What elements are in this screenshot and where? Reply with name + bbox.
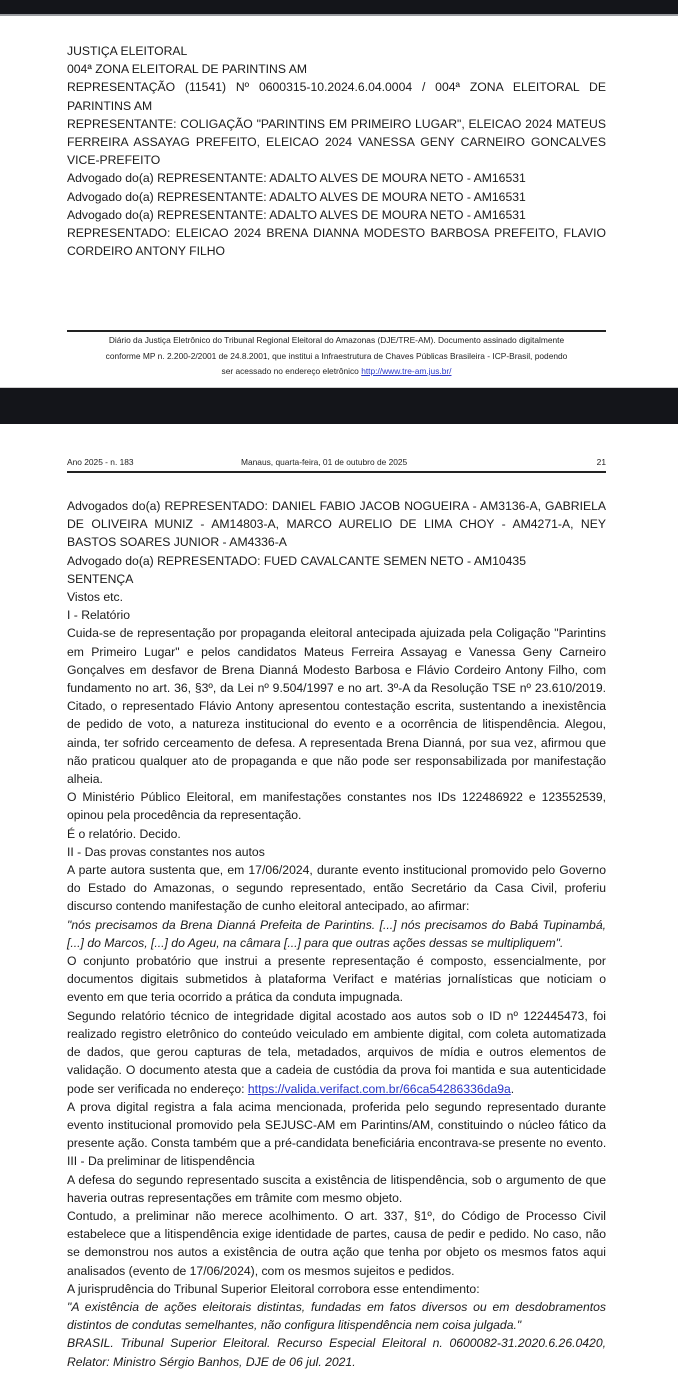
text-line: O conjunto probatório que instrui a pres… xyxy=(67,952,606,970)
page-1-body: JUSTIÇA ELEITORAL004ª ZONA ELEITORAL DE … xyxy=(67,42,606,260)
text-line: alheia. xyxy=(67,770,606,788)
text-line: Advogados do(a) REPRESENTADO: DANIEL FAB… xyxy=(67,497,606,515)
text-line: Relator: Ministro Sérgio Banhos, DJE de … xyxy=(67,1353,606,1371)
text-line-content: Cuida-se de representação por propaganda… xyxy=(67,626,606,640)
text-line-content: Advogado do(a) REPRESENTANTE: ADALTO ALV… xyxy=(67,190,526,204)
text-line: [...] do Marcos, [...] do Ageu, na câmar… xyxy=(67,934,606,952)
text-line: presente ação. Consta também que a pré-c… xyxy=(67,1134,606,1152)
text-line-content: [...] do Marcos, [...] do Ageu, na câmar… xyxy=(67,936,563,950)
footer-line-3: ser acessado no endereço eletrônico http… xyxy=(60,364,613,380)
text-line-content: Relator: Ministro Sérgio Banhos, DJE de … xyxy=(67,1355,356,1369)
text-line: O Ministério Público Eleitoral, em manif… xyxy=(67,788,606,806)
text-line-content: Advogado do(a) REPRESENTANTE: ADALTO ALV… xyxy=(67,171,526,185)
text-line-content: Contudo, a preliminar não merece acolhim… xyxy=(67,1209,606,1223)
text-line-content: JUSTIÇA ELEITORAL xyxy=(67,44,187,58)
text-line-content: DE OLIVEIRA MUNIZ - AM14803-A, MARCO AUR… xyxy=(67,517,606,531)
text-line-content: FERREIRA ASSAYAG PREFEITO, ELEICAO 2024 … xyxy=(67,135,606,149)
text-line-content: "nós precisamos da Brena Dianná Prefeita… xyxy=(67,918,606,932)
text-line-content: do Estado do Amazonas, o segundo represe… xyxy=(67,881,606,895)
text-line: BASTOS SOARES JUNIOR - AM4336-A xyxy=(67,533,606,551)
text-line: BRASIL. Tribunal Superior Eleitoral. Rec… xyxy=(67,1334,606,1352)
text-line-content: I - Relatório xyxy=(67,608,130,622)
text-line: A defesa do segundo representado suscita… xyxy=(67,1171,606,1189)
footer-line-1: Diário da Justiça Eletrônico do Tribunal… xyxy=(60,333,613,349)
text-line: estabelece que a litispendência exige id… xyxy=(67,1225,606,1243)
text-line: A jurisprudência do Tribunal Superior El… xyxy=(67,1280,606,1298)
text-line: FERREIRA ASSAYAG PREFEITO, ELEICAO 2024 … xyxy=(67,133,606,151)
text-line-content: Advogados do(a) REPRESENTADO: DANIEL FAB… xyxy=(67,499,606,513)
text-line-content: Advogado do(a) REPRESENTANTE: ADALTO ALV… xyxy=(67,208,526,222)
top-dark-bar xyxy=(0,0,678,16)
text-line-content: evento institucional promovido pela SEJU… xyxy=(67,1118,606,1132)
text-line-content: de pedido de voto, a natureza institucio… xyxy=(67,717,606,731)
text-line-content: REPRESENTAÇÃO (11541) Nº 0600315-10.2024… xyxy=(67,80,606,94)
text-line-content: Advogado do(a) REPRESENTADO: FUED CAVALC… xyxy=(67,554,526,568)
text-line: REPRESENTADO: ELEICAO 2024 BRENA DIANNA … xyxy=(67,224,606,242)
text-line: opinou pela procedência da representação… xyxy=(67,806,606,824)
text-line: PARINTINS AM xyxy=(67,97,606,115)
text-line: Citado, o representado Flávio Antony apr… xyxy=(67,697,606,715)
text-line-content: ainda, ter sofrido cerceamento de defesa… xyxy=(67,736,606,750)
text-line: do Estado do Amazonas, o segundo represe… xyxy=(67,879,606,897)
text-line-content: validação. O documento atesta que a cade… xyxy=(67,1063,606,1077)
text-line-content: não praticou qualquer ato de propaganda … xyxy=(67,754,606,768)
text-line: "nós precisamos da Brena Dianná Prefeita… xyxy=(67,916,606,934)
page-number: 21 xyxy=(597,457,606,467)
text-line-content: VICE-PREFEITO xyxy=(67,153,160,167)
text-line: Advogado do(a) REPRESENTANTE: ADALTO ALV… xyxy=(67,169,606,187)
text-line: discurso contendo manifestação de cunho … xyxy=(67,897,606,915)
text-line: Cuida-se de representação por propaganda… xyxy=(67,624,606,642)
text-line-content: CORDEIRO ANTONY FILHO xyxy=(67,244,225,258)
text-line: Advogado do(a) REPRESENTANTE: ADALTO ALV… xyxy=(67,206,606,224)
text-line: validação. O documento atesta que a cade… xyxy=(67,1061,606,1079)
text-line-content: PARINTINS AM xyxy=(67,99,152,113)
text-line: realizado registro eletrônico do conteúd… xyxy=(67,1025,606,1043)
footer-line-3-text: ser acessado no endereço eletrônico xyxy=(222,366,362,376)
text-line: III - Da preliminar de litispendência xyxy=(67,1152,606,1170)
page-footer: Diário da Justiça Eletrônico do Tribunal… xyxy=(60,333,613,380)
text-line: CORDEIRO ANTONY FILHO xyxy=(67,242,606,260)
text-line: de pedido de voto, a natureza institucio… xyxy=(67,715,606,733)
text-line-content: REPRESENTADO: ELEICAO 2024 BRENA DIANNA … xyxy=(67,226,606,240)
text-line: Segundo relatório técnico de integridade… xyxy=(67,1007,606,1025)
text-line-content: haveria outras representações em trâmite… xyxy=(67,1191,402,1205)
text-line-content: distintos de condutas semelhantes, não c… xyxy=(67,1318,521,1332)
text-line: II - Das provas constantes nos autos xyxy=(67,843,606,861)
edition-label: Ano 2025 - n. 183 xyxy=(67,457,134,467)
text-line: Advogado do(a) REPRESENTANTE: ADALTO ALV… xyxy=(67,188,606,206)
text-line-content: SENTENÇA xyxy=(67,572,133,586)
text-line-content: documentos digitais submetidos à platafo… xyxy=(67,972,606,986)
text-line-content: BRASIL. Tribunal Superior Eleitoral. Rec… xyxy=(67,1336,606,1350)
text-line: evento em que teria ocorrido a prática d… xyxy=(67,988,606,1006)
text-line: documentos digitais submetidos à platafo… xyxy=(67,970,606,988)
text-line-content: REPRESENTANTE: COLIGAÇÃO "PARINTINS EM P… xyxy=(67,117,606,131)
text-line-content: analisados (evento de 17/06/2024), com o… xyxy=(67,1264,455,1278)
footer-rule xyxy=(67,330,606,332)
text-line: não praticou qualquer ato de propaganda … xyxy=(67,752,606,770)
text-line-content: O conjunto probatório que instrui a pres… xyxy=(67,954,606,968)
footer-line-2: conforme MP n. 2.200-2/2001 de 24.8.2001… xyxy=(60,349,613,365)
text-line-content: evento em que teria ocorrido a prática d… xyxy=(67,990,403,1004)
text-line: de dados, que gerou capturas de tela, me… xyxy=(67,1043,606,1061)
page-separator-band xyxy=(0,387,678,424)
text-line-content: de dados, que gerou capturas de tela, me… xyxy=(67,1045,606,1059)
text-line-content: discurso contendo manifestação de cunho … xyxy=(67,899,469,913)
text-line-content: A defesa do segundo representado suscita… xyxy=(67,1173,606,1187)
text-line: ainda, ter sofrido cerceamento de defesa… xyxy=(67,734,606,752)
place-date: Manaus, quarta-feira, 01 de outubro de 2… xyxy=(241,457,407,467)
text-line: analisados (evento de 17/06/2024), com o… xyxy=(67,1262,606,1280)
text-line: É o relatório. Decido. xyxy=(67,825,606,843)
text-line-content: em Primeiro Lugar" e pelos candidatos Ma… xyxy=(67,645,606,659)
text-line-content: II - Das provas constantes nos autos xyxy=(67,845,265,859)
text-line: A parte autora sustenta que, em 17/06/20… xyxy=(67,861,606,879)
text-line-content: estabelece que a litispendência exige id… xyxy=(67,1227,606,1241)
tre-am-link[interactable]: http://www.tre-am.jus.br/ xyxy=(361,366,451,376)
text-line-content: presente ação. Consta também que a pré-c… xyxy=(67,1136,606,1150)
text-line: Vistos etc. xyxy=(67,588,606,606)
text-line-content: O Ministério Público Eleitoral, em manif… xyxy=(67,790,606,804)
verifact-link[interactable]: https://valida.verifact.com.br/66ca54286… xyxy=(248,1082,511,1096)
text-line: distintos de condutas semelhantes, não c… xyxy=(67,1316,606,1334)
text-line: Contudo, a preliminar não merece acolhim… xyxy=(67,1207,606,1225)
text-line: "A existência de ações eleitorais distin… xyxy=(67,1298,606,1316)
text-line-content: III - Da preliminar de litispendência xyxy=(67,1154,255,1168)
text-line-content: A jurisprudência do Tribunal Superior El… xyxy=(67,1282,480,1296)
text-line: A prova digital registra a fala acima me… xyxy=(67,1098,606,1116)
text-line: REPRESENTAÇÃO (11541) Nº 0600315-10.2024… xyxy=(67,78,606,96)
text-line: em Primeiro Lugar" e pelos candidatos Ma… xyxy=(67,643,606,661)
text-line: evento institucional promovido pela SEJU… xyxy=(67,1116,606,1134)
text-line-content: 004ª ZONA ELEITORAL DE PARINTINS AM xyxy=(67,62,307,76)
text-line-suffix: . xyxy=(511,1082,514,1096)
page-2-body: Advogados do(a) REPRESENTADO: DANIEL FAB… xyxy=(67,497,606,1371)
text-line-content: Vistos etc. xyxy=(67,590,123,604)
text-line-content: se demonstrou nos autos a existência de … xyxy=(67,1245,606,1259)
text-line-content: É o relatório. Decido. xyxy=(67,827,181,841)
text-line-content: realizado registro eletrônico do conteúd… xyxy=(67,1027,606,1041)
text-line: Gonçalves em desfavor de Brena Dianná Mo… xyxy=(67,661,606,679)
text-line: fundamento no art. 36, §3º, da Lei nº 9.… xyxy=(67,679,606,697)
text-line-content: Gonçalves em desfavor de Brena Dianná Mo… xyxy=(67,663,606,677)
text-line-content: alheia. xyxy=(67,772,103,786)
text-line-content: Citado, o representado Flávio Antony apr… xyxy=(67,699,606,713)
text-line: pode ser verificada no endereço: https:/… xyxy=(67,1080,606,1098)
text-line: JUSTIÇA ELEITORAL xyxy=(67,42,606,60)
text-line-content: "A existência de ações eleitorais distin… xyxy=(67,1300,606,1314)
text-line: I - Relatório xyxy=(67,606,606,624)
text-line: se demonstrou nos autos a existência de … xyxy=(67,1243,606,1261)
text-line-content: pode ser verificada no endereço: xyxy=(67,1082,248,1096)
text-line: 004ª ZONA ELEITORAL DE PARINTINS AM xyxy=(67,60,606,78)
text-line: DE OLIVEIRA MUNIZ - AM14803-A, MARCO AUR… xyxy=(67,515,606,533)
text-line: REPRESENTANTE: COLIGAÇÃO "PARINTINS EM P… xyxy=(67,115,606,133)
text-line: VICE-PREFEITO xyxy=(67,151,606,169)
text-line-content: Segundo relatório técnico de integridade… xyxy=(67,1009,606,1023)
page-header: Ano 2025 - n. 183 Manaus, quarta-feira, … xyxy=(67,457,606,473)
text-line-content: BASTOS SOARES JUNIOR - AM4336-A xyxy=(67,535,287,549)
text-line: SENTENÇA xyxy=(67,570,606,588)
text-line: Advogado do(a) REPRESENTADO: FUED CAVALC… xyxy=(67,552,606,570)
text-line-content: A parte autora sustenta que, em 17/06/20… xyxy=(67,863,606,877)
text-line-content: fundamento no art. 36, §3º, da Lei nº 9.… xyxy=(67,681,606,695)
text-line-content: A prova digital registra a fala acima me… xyxy=(67,1100,606,1114)
text-line-content: opinou pela procedência da representação… xyxy=(67,808,301,822)
text-line: haveria outras representações em trâmite… xyxy=(67,1189,606,1207)
